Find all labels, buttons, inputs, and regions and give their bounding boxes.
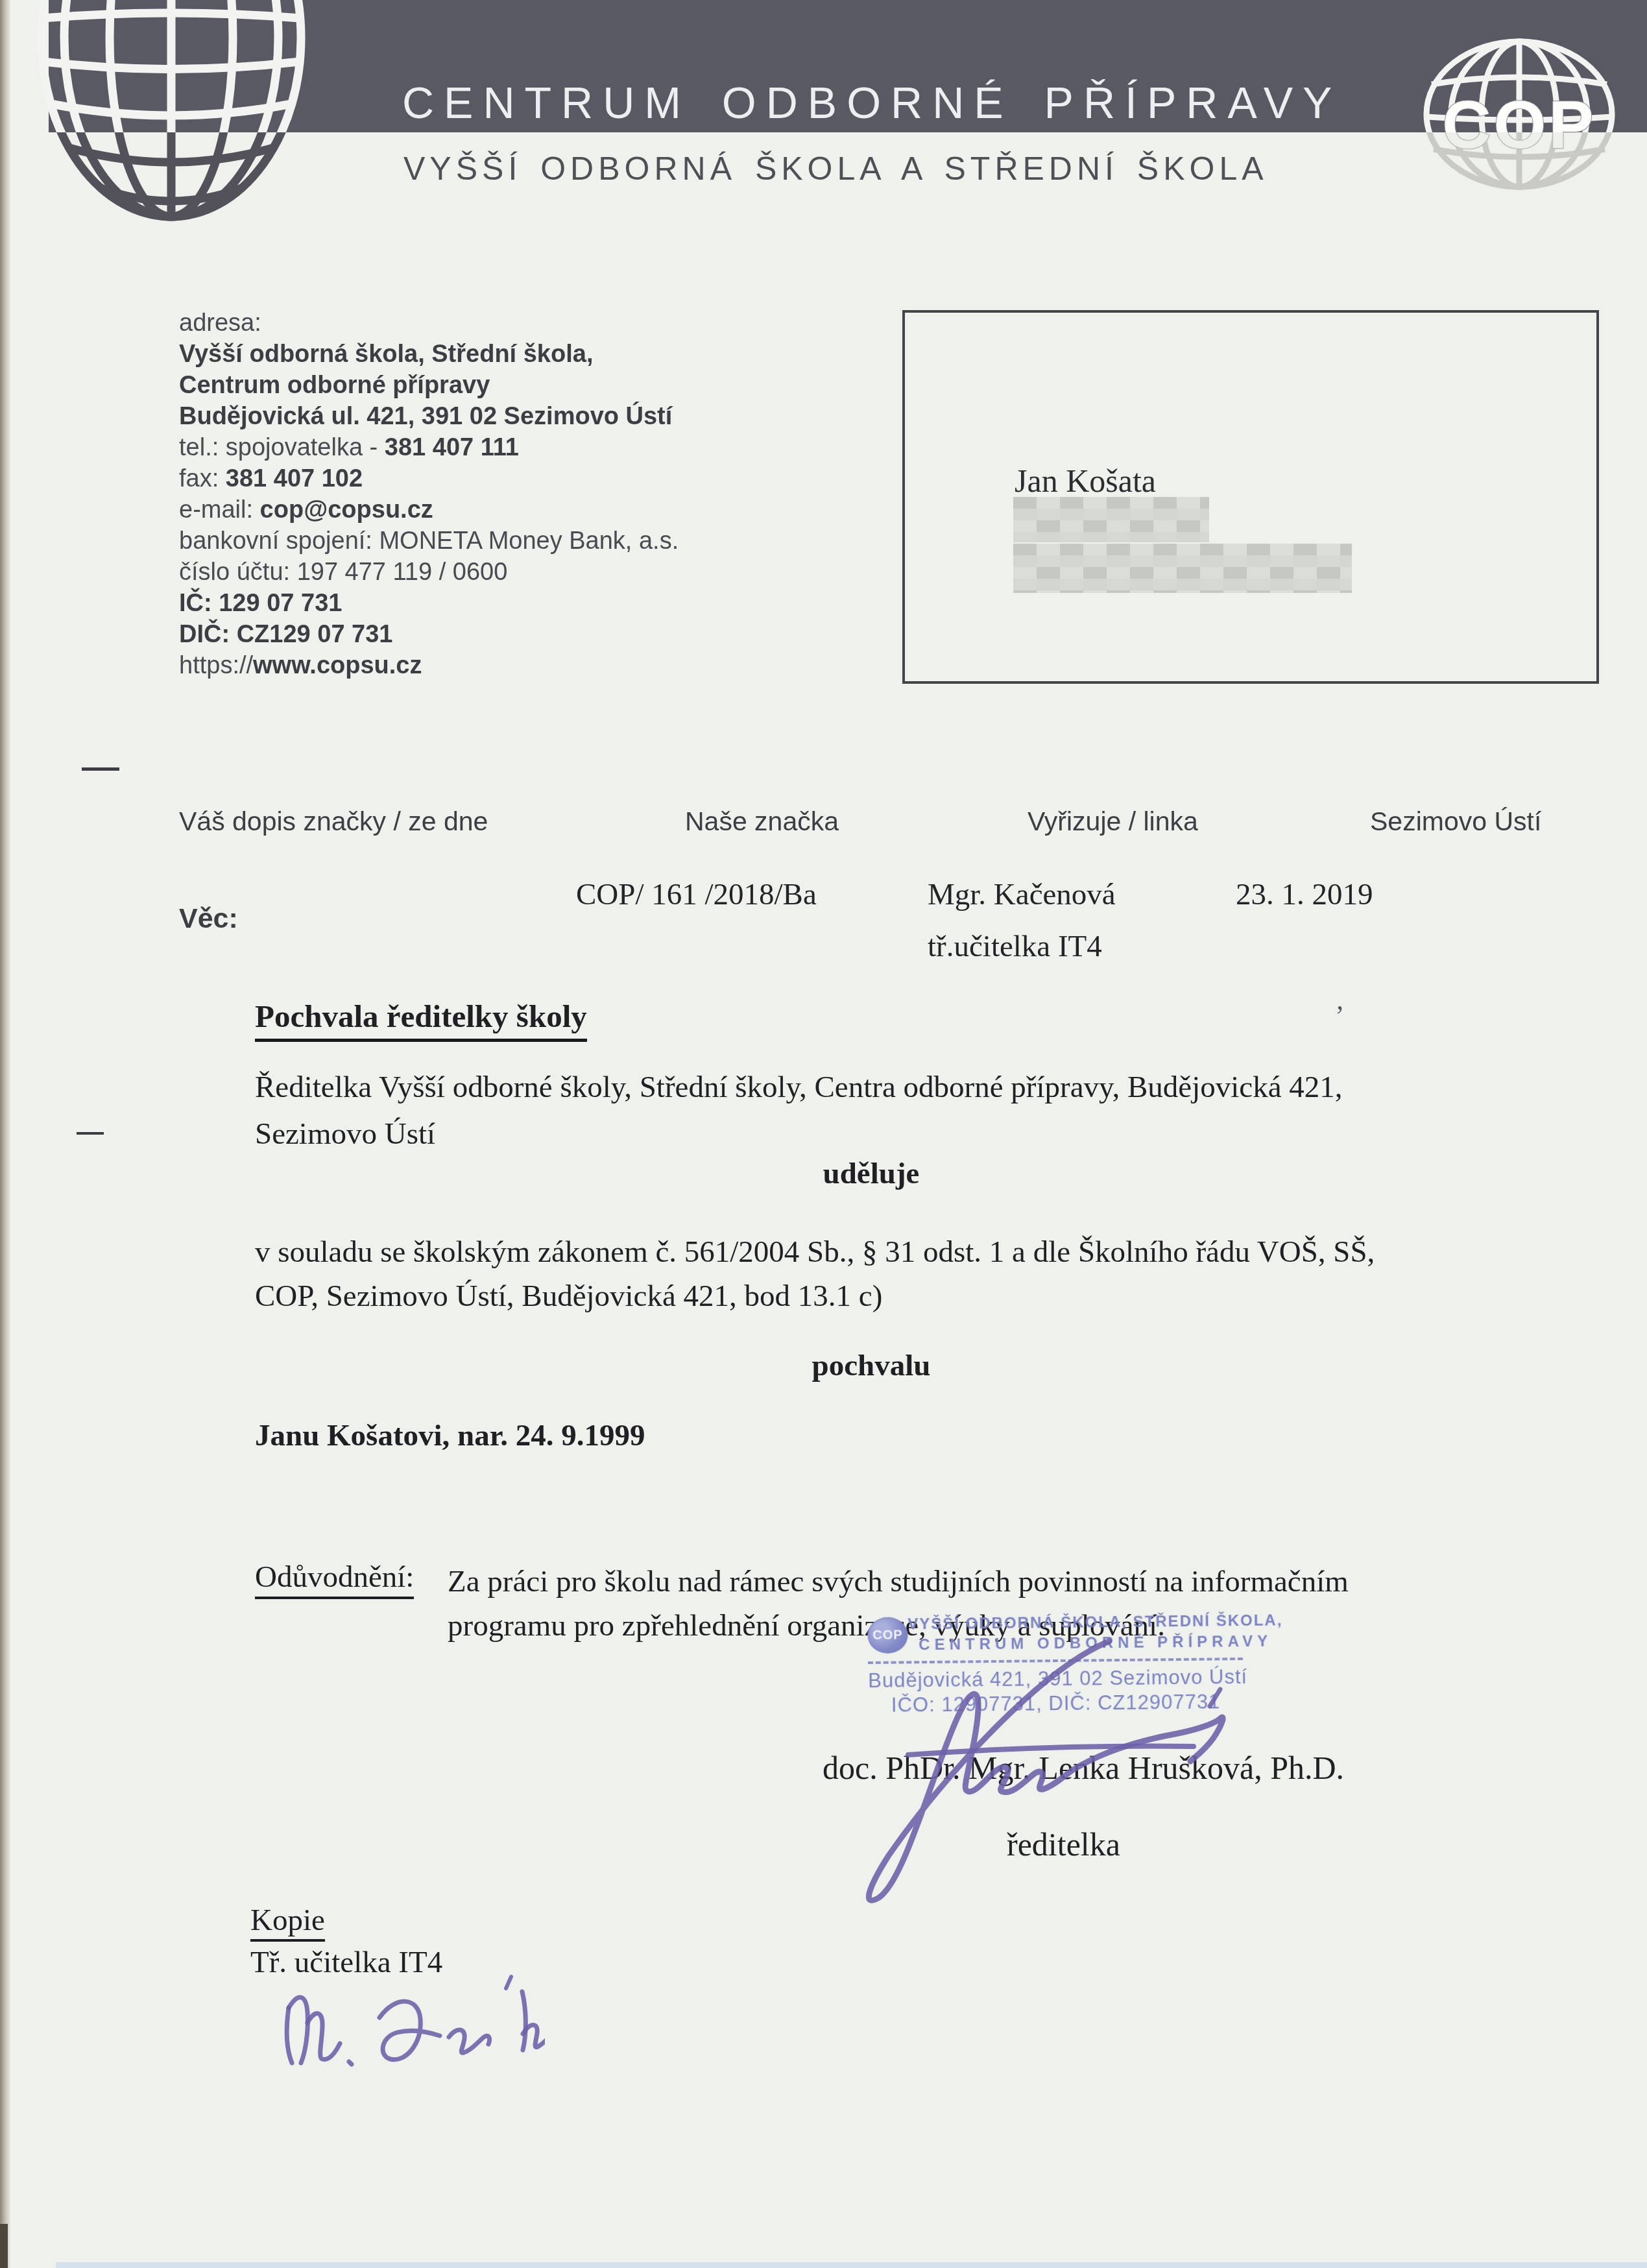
ref-col4-label: Sezimovo Ústí — [1370, 806, 1541, 837]
fold-mark-bottom — [77, 1132, 104, 1135]
sender-email-line: e-mail: cop@copsu.cz — [179, 494, 679, 525]
copy-label: Kopie — [250, 1903, 325, 1942]
awardee-line: Janu Košatovi, nar. 24. 9.1999 — [255, 1418, 645, 1453]
scan-edge-corner — [0, 2224, 8, 2268]
fax-value: 381 407 102 — [226, 465, 363, 492]
fax-label: fax: — [179, 465, 226, 492]
letterhead-subtitle: VYŠŠÍ ODBORNÁ ŠKOLA A STŘEDNÍ ŠKOLA — [403, 150, 1268, 187]
fold-mark-top — [82, 767, 119, 771]
sender-fax-line: fax: 381 407 102 — [179, 463, 679, 494]
recipient-name: Jan Košata — [1015, 462, 1156, 500]
paragraph-1-line1: Ředitelka Vyšší odborné školy, Střední š… — [255, 1064, 1487, 1111]
cop-globe-icon: COP — [1408, 132, 1641, 214]
footer-signature-scribble — [272, 1972, 545, 2089]
sender-account-line: číslo účtu: 197 477 119 / 0600 — [179, 557, 679, 588]
paragraph-1: Ředitelka Vyšší odborné školy, Střední š… — [255, 1064, 1487, 1157]
sender-web-line: https://www.copsu.cz — [179, 650, 679, 681]
scanned-letter-page: COP COP CENTRUM ODBORNÉ PŘÍPRAVY VYŠŠÍ O… — [0, 0, 1647, 2268]
sender-name-line2: Centrum odborné přípravy — [179, 370, 679, 401]
award-word: pochvalu — [255, 1348, 1487, 1383]
globe-logo-icon — [13, 0, 389, 132]
redacted-address-line-1 — [1013, 497, 1209, 542]
paragraph-1-line2: Sezimovo Ústí — [255, 1111, 1487, 1157]
sender-ic-line: IČ: 129 07 731 — [179, 588, 679, 619]
paragraph-2-line2: COP, Sezimovo Ústí, Budějovická 421, bod… — [255, 1274, 1487, 1318]
tel-label: tel.: spojovatelka - — [179, 434, 385, 461]
paragraph-2: v souladu se školským zákonem č. 561/200… — [255, 1230, 1487, 1318]
redacted-address-line-2 — [1013, 544, 1352, 593]
email-label: e-mail: — [179, 496, 260, 524]
reason-label: Odůvodnění: — [255, 1560, 414, 1599]
grants-word: uděluje — [255, 1156, 1487, 1191]
sender-dic-line: DIČ: CZ129 07 731 — [179, 619, 679, 650]
recipient-address-box — [902, 310, 1599, 684]
cop-logo-text: COP — [1442, 88, 1596, 132]
letter-heading: Pochvala ředitelky školy — [255, 998, 587, 1042]
cop-globe-icon: COP — [1408, 12, 1641, 132]
tel-value: 381 407 111 — [385, 434, 519, 461]
sender-address-block: adresa: Vyšší odborná škola, Střední ško… — [179, 308, 679, 681]
sender-bank-line: bankovní spojení: MONETA Money Bank, a.s… — [179, 525, 679, 557]
ref-col2-label: Naše značka — [685, 806, 839, 837]
handler-name: Mgr. Kačenová — [928, 877, 1116, 912]
ref-number: COP/ 161 /2018/Ba — [576, 877, 817, 912]
director-signature-scribble — [830, 1628, 1258, 1914]
letter-date: 23. 1. 2019 — [1236, 877, 1373, 912]
stray-mark: ’ — [1335, 999, 1345, 1032]
email-value: cop@copsu.cz — [260, 496, 433, 524]
cop-logo-text: COP — [1442, 132, 1596, 163]
handler-role: tř.učitelka IT4 — [928, 929, 1102, 964]
sender-street: Budějovická ul. 421, 391 02 Sezimovo Úst… — [179, 401, 679, 432]
letterhead-title: CENTRUM ODBORNÉ PŘÍPRAVY — [402, 78, 1341, 128]
reason-line1: Za práci pro školu nad rámec svých studi… — [448, 1560, 1440, 1604]
web-prefix: https:// — [179, 652, 253, 679]
ref-col1-label: Váš dopis značky / ze dne — [179, 806, 488, 837]
scan-edge-bottom — [56, 2262, 1647, 2268]
globe-logo-icon — [13, 132, 389, 234]
web-value: www.copsu.cz — [253, 652, 422, 679]
subject-label: Věc: — [179, 903, 238, 935]
sender-label: adresa: — [179, 308, 679, 339]
sender-tel-line: tel.: spojovatelka - 381 407 111 — [179, 432, 679, 463]
sender-name-line1: Vyšší odborná škola, Střední škola, — [179, 339, 679, 370]
paragraph-2-line1: v souladu se školským zákonem č. 561/200… — [255, 1230, 1487, 1274]
ref-col3-label: Vyřizuje / linka — [1028, 806, 1198, 837]
scan-edge-left — [0, 0, 10, 2268]
